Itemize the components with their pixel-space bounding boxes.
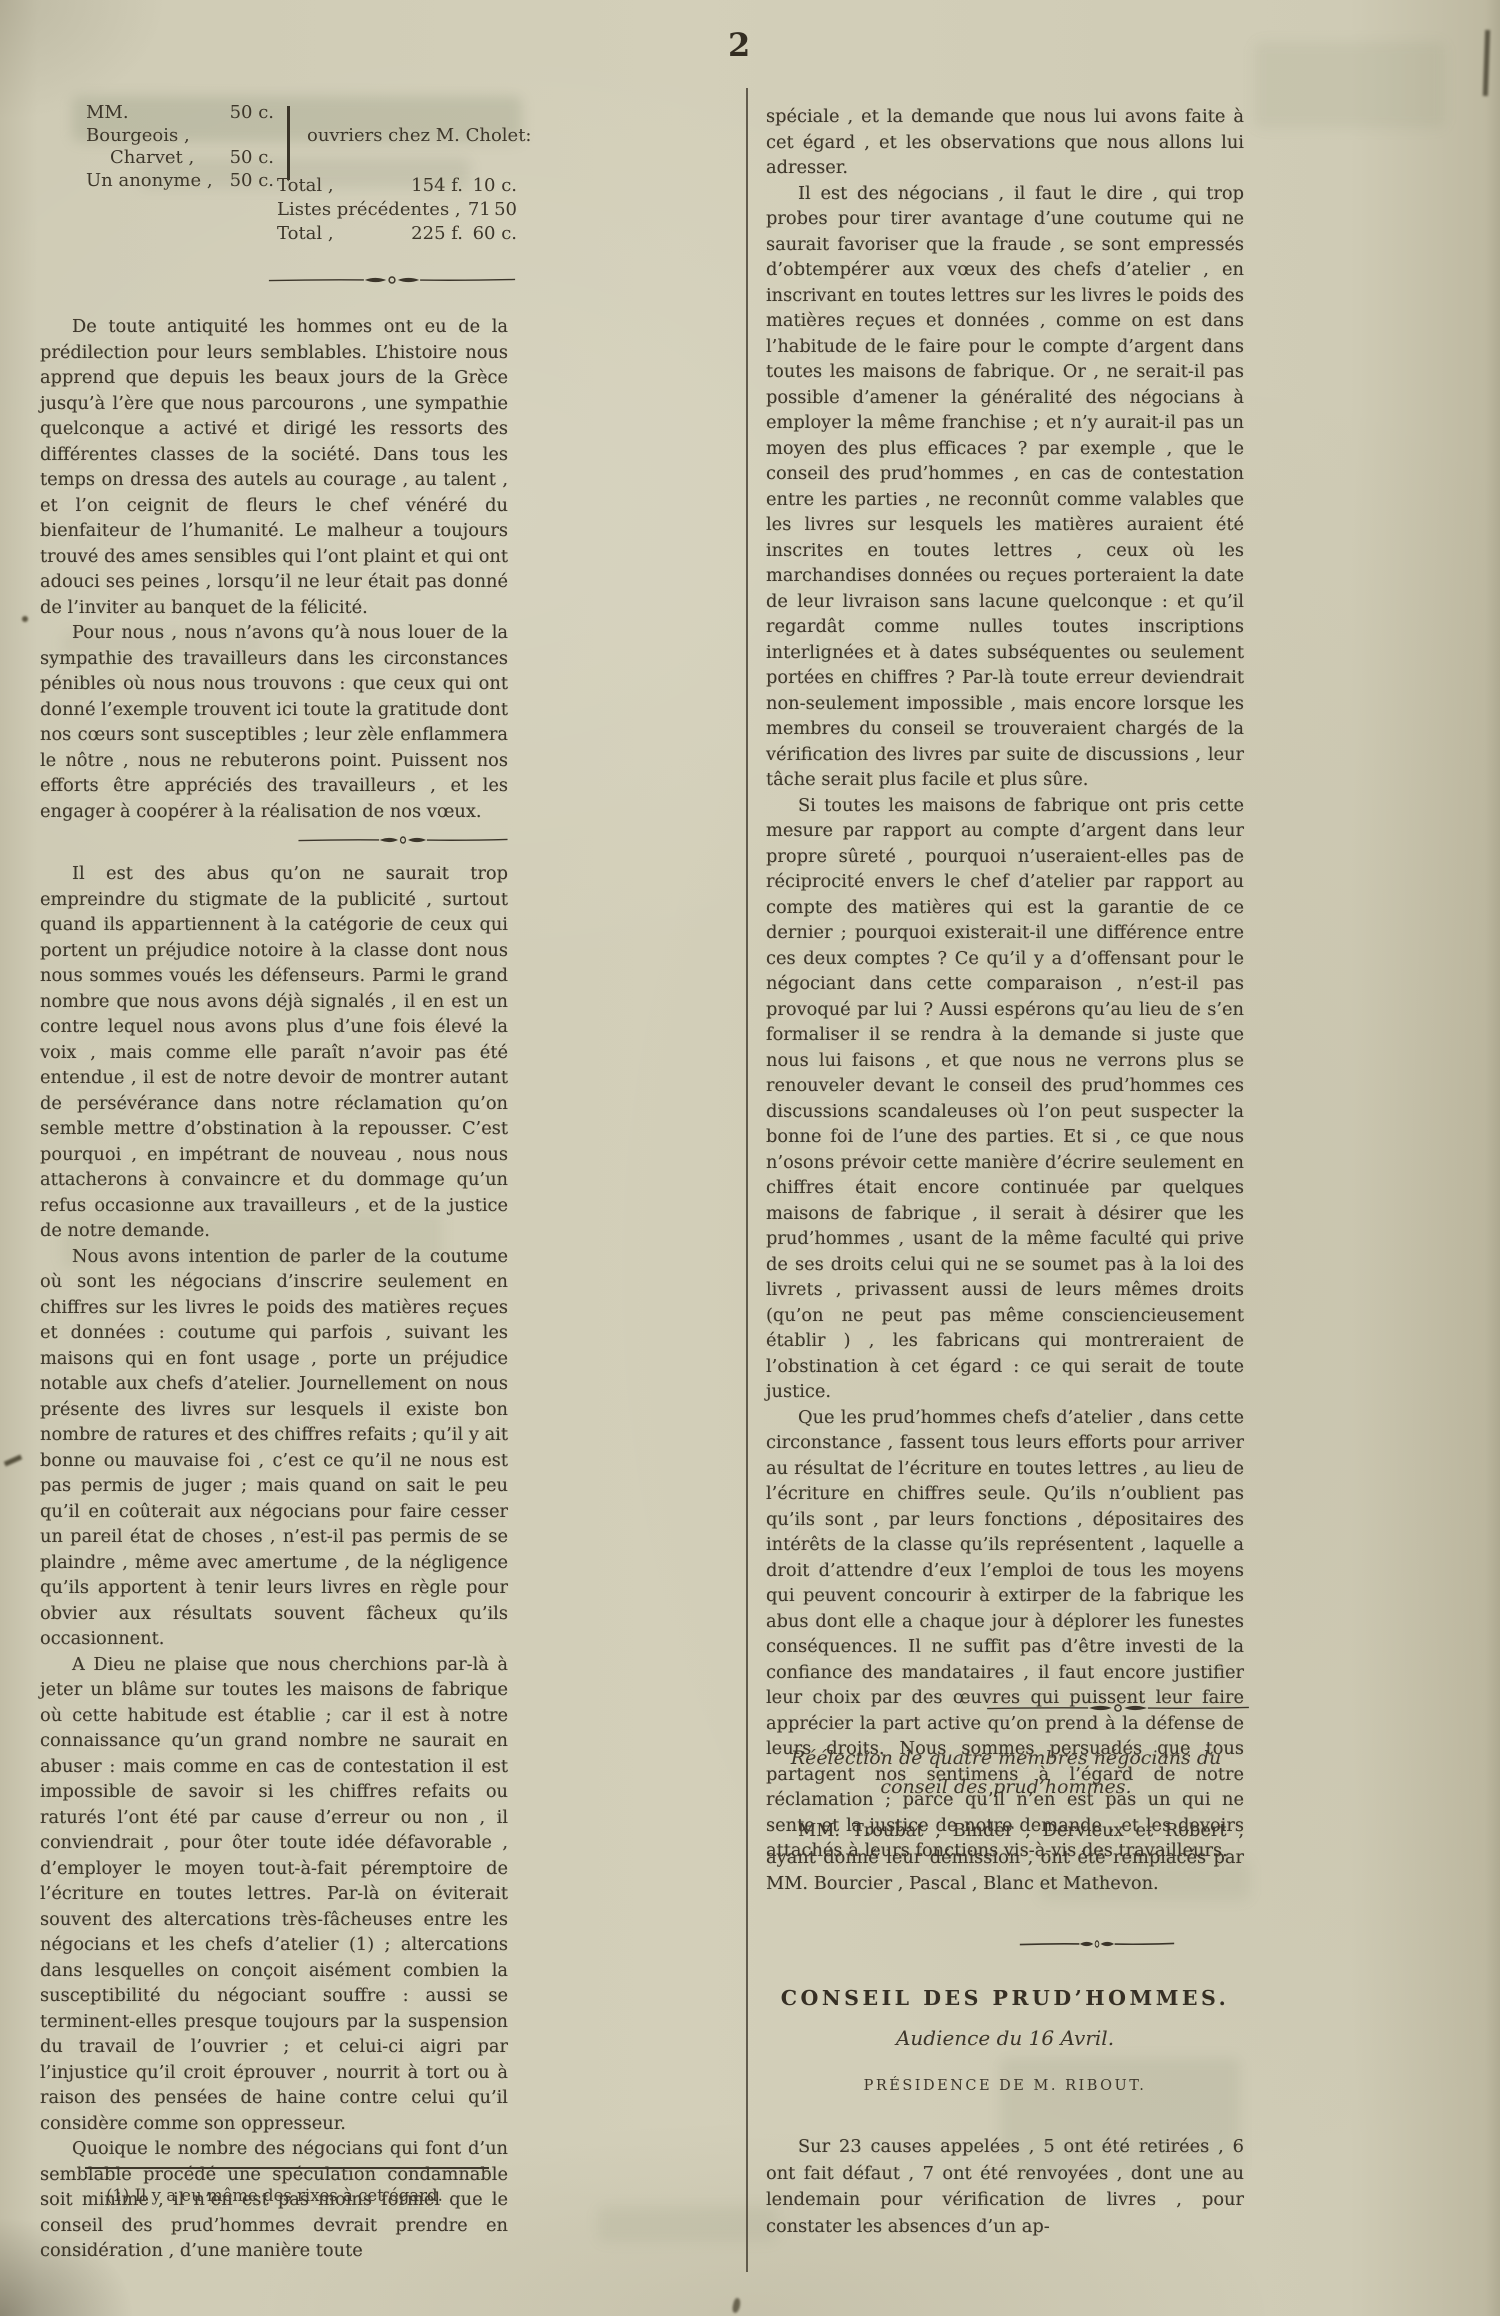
- subscriber-amount: 50 c.: [224, 170, 274, 193]
- article-paragraph: De toute antiquité les hommes ont eu de …: [40, 314, 508, 620]
- subscriber-row: MM. Bourgeois , 50 c.: [86, 102, 274, 147]
- divider-ornament-icon: [1018, 1936, 1176, 1952]
- article-paragraph: Nous avons intention de parler de la cou…: [40, 1244, 508, 1652]
- total-francs: 154 f.: [401, 174, 463, 198]
- total-label: Total ,: [277, 222, 401, 246]
- totals-table: Total , 154 f. 10 c. Listes précédentes …: [277, 174, 517, 245]
- article-paragraph: Il est des négocians , il faut le dire ,…: [766, 181, 1244, 793]
- footnote-rule: [85, 2167, 489, 2169]
- show-through-smudge: [598, 2206, 778, 2242]
- total-francs: 225 f.: [401, 222, 463, 246]
- divider-ornament-icon: [296, 832, 510, 848]
- article-paragraph: Il est des abus qu’on ne saurait trop em…: [40, 861, 508, 1244]
- article-abus: Il est des abus qu’on ne saurait trop em…: [40, 861, 508, 2264]
- newspaper-page: 2 MM. Bourgeois , 50 c. Charvet , 50 c. …: [0, 0, 1500, 2316]
- reelection-title: Réélection de quatre membres négocians d…: [786, 1744, 1226, 1802]
- subscriber-name: Un anonyme ,: [86, 170, 224, 193]
- footnote: (1) Il y a eu même des rixes à cet égard…: [72, 2186, 504, 2205]
- article-paragraph: A Dieu ne plaise que nous cherchions par…: [40, 1652, 508, 2137]
- divider-ornament-icon: [266, 272, 518, 288]
- subscriber-row: Charvet , 50 c.: [86, 147, 274, 170]
- article-sympathie: De toute antiquité les hommes ont eu de …: [40, 314, 508, 824]
- show-through-smudge: [1255, 42, 1445, 128]
- article-paragraph: Si toutes les maisons de fabrique ont pr…: [766, 793, 1244, 1405]
- total-row: Total , 225 f. 60 c.: [277, 222, 517, 246]
- page-number: 2: [728, 26, 750, 64]
- group-note: ouvriers chez M. Cholet:: [307, 125, 532, 146]
- article-paragraph: Pour nous , nous n’avons qu’à nous louer…: [40, 620, 508, 824]
- conseil-paragraph: Sur 23 causes appelées , 5 ont été retir…: [766, 2134, 1244, 2240]
- conseil-title: CONSEIL DES PRUD’HOMMES.: [766, 1986, 1244, 2010]
- right-column-text: spéciale , et la demande que nous lui av…: [766, 104, 1244, 1864]
- ink-stain: [1483, 30, 1490, 96]
- ink-stain: [731, 2297, 741, 2313]
- total-centimes: 60 c.: [463, 222, 517, 246]
- column-rule: [746, 88, 748, 2272]
- subscription-list: MM. Bourgeois , 50 c. Charvet , 50 c. Un…: [86, 102, 274, 192]
- total-francs: 71: [461, 198, 491, 222]
- audience-subtitle: Audience du 16 Avril.: [766, 2026, 1244, 2050]
- subscriber-amount: 50 c.: [224, 102, 274, 147]
- presidence-line: PRÉSIDENCE DE M. RIBOUT.: [766, 2078, 1244, 2094]
- article-paragraph-continuation: spéciale , et la demande que nous lui av…: [766, 104, 1244, 181]
- divider-ornament-icon: [984, 1700, 1252, 1716]
- reelection-body: MM. Troubat , Binder , Dervieux et Rober…: [766, 1818, 1244, 1898]
- total-row: Total , 154 f. 10 c.: [277, 174, 517, 198]
- subscriber-name: MM. Bourgeois ,: [86, 102, 224, 147]
- subscriber-name: Charvet ,: [86, 147, 224, 170]
- total-centimes: 50: [491, 198, 517, 222]
- subscriber-row: Un anonyme , 50 c.: [86, 170, 274, 193]
- ink-stain: [4, 1455, 22, 1467]
- total-centimes: 10 c.: [463, 174, 517, 198]
- ink-stain: [22, 616, 28, 622]
- total-row: Listes précédentes , 71 50: [277, 198, 517, 222]
- brace-line: [287, 106, 290, 180]
- total-label: Listes précédentes ,: [277, 198, 461, 222]
- subscriber-amount: 50 c.: [224, 147, 274, 170]
- total-label: Total ,: [277, 174, 401, 198]
